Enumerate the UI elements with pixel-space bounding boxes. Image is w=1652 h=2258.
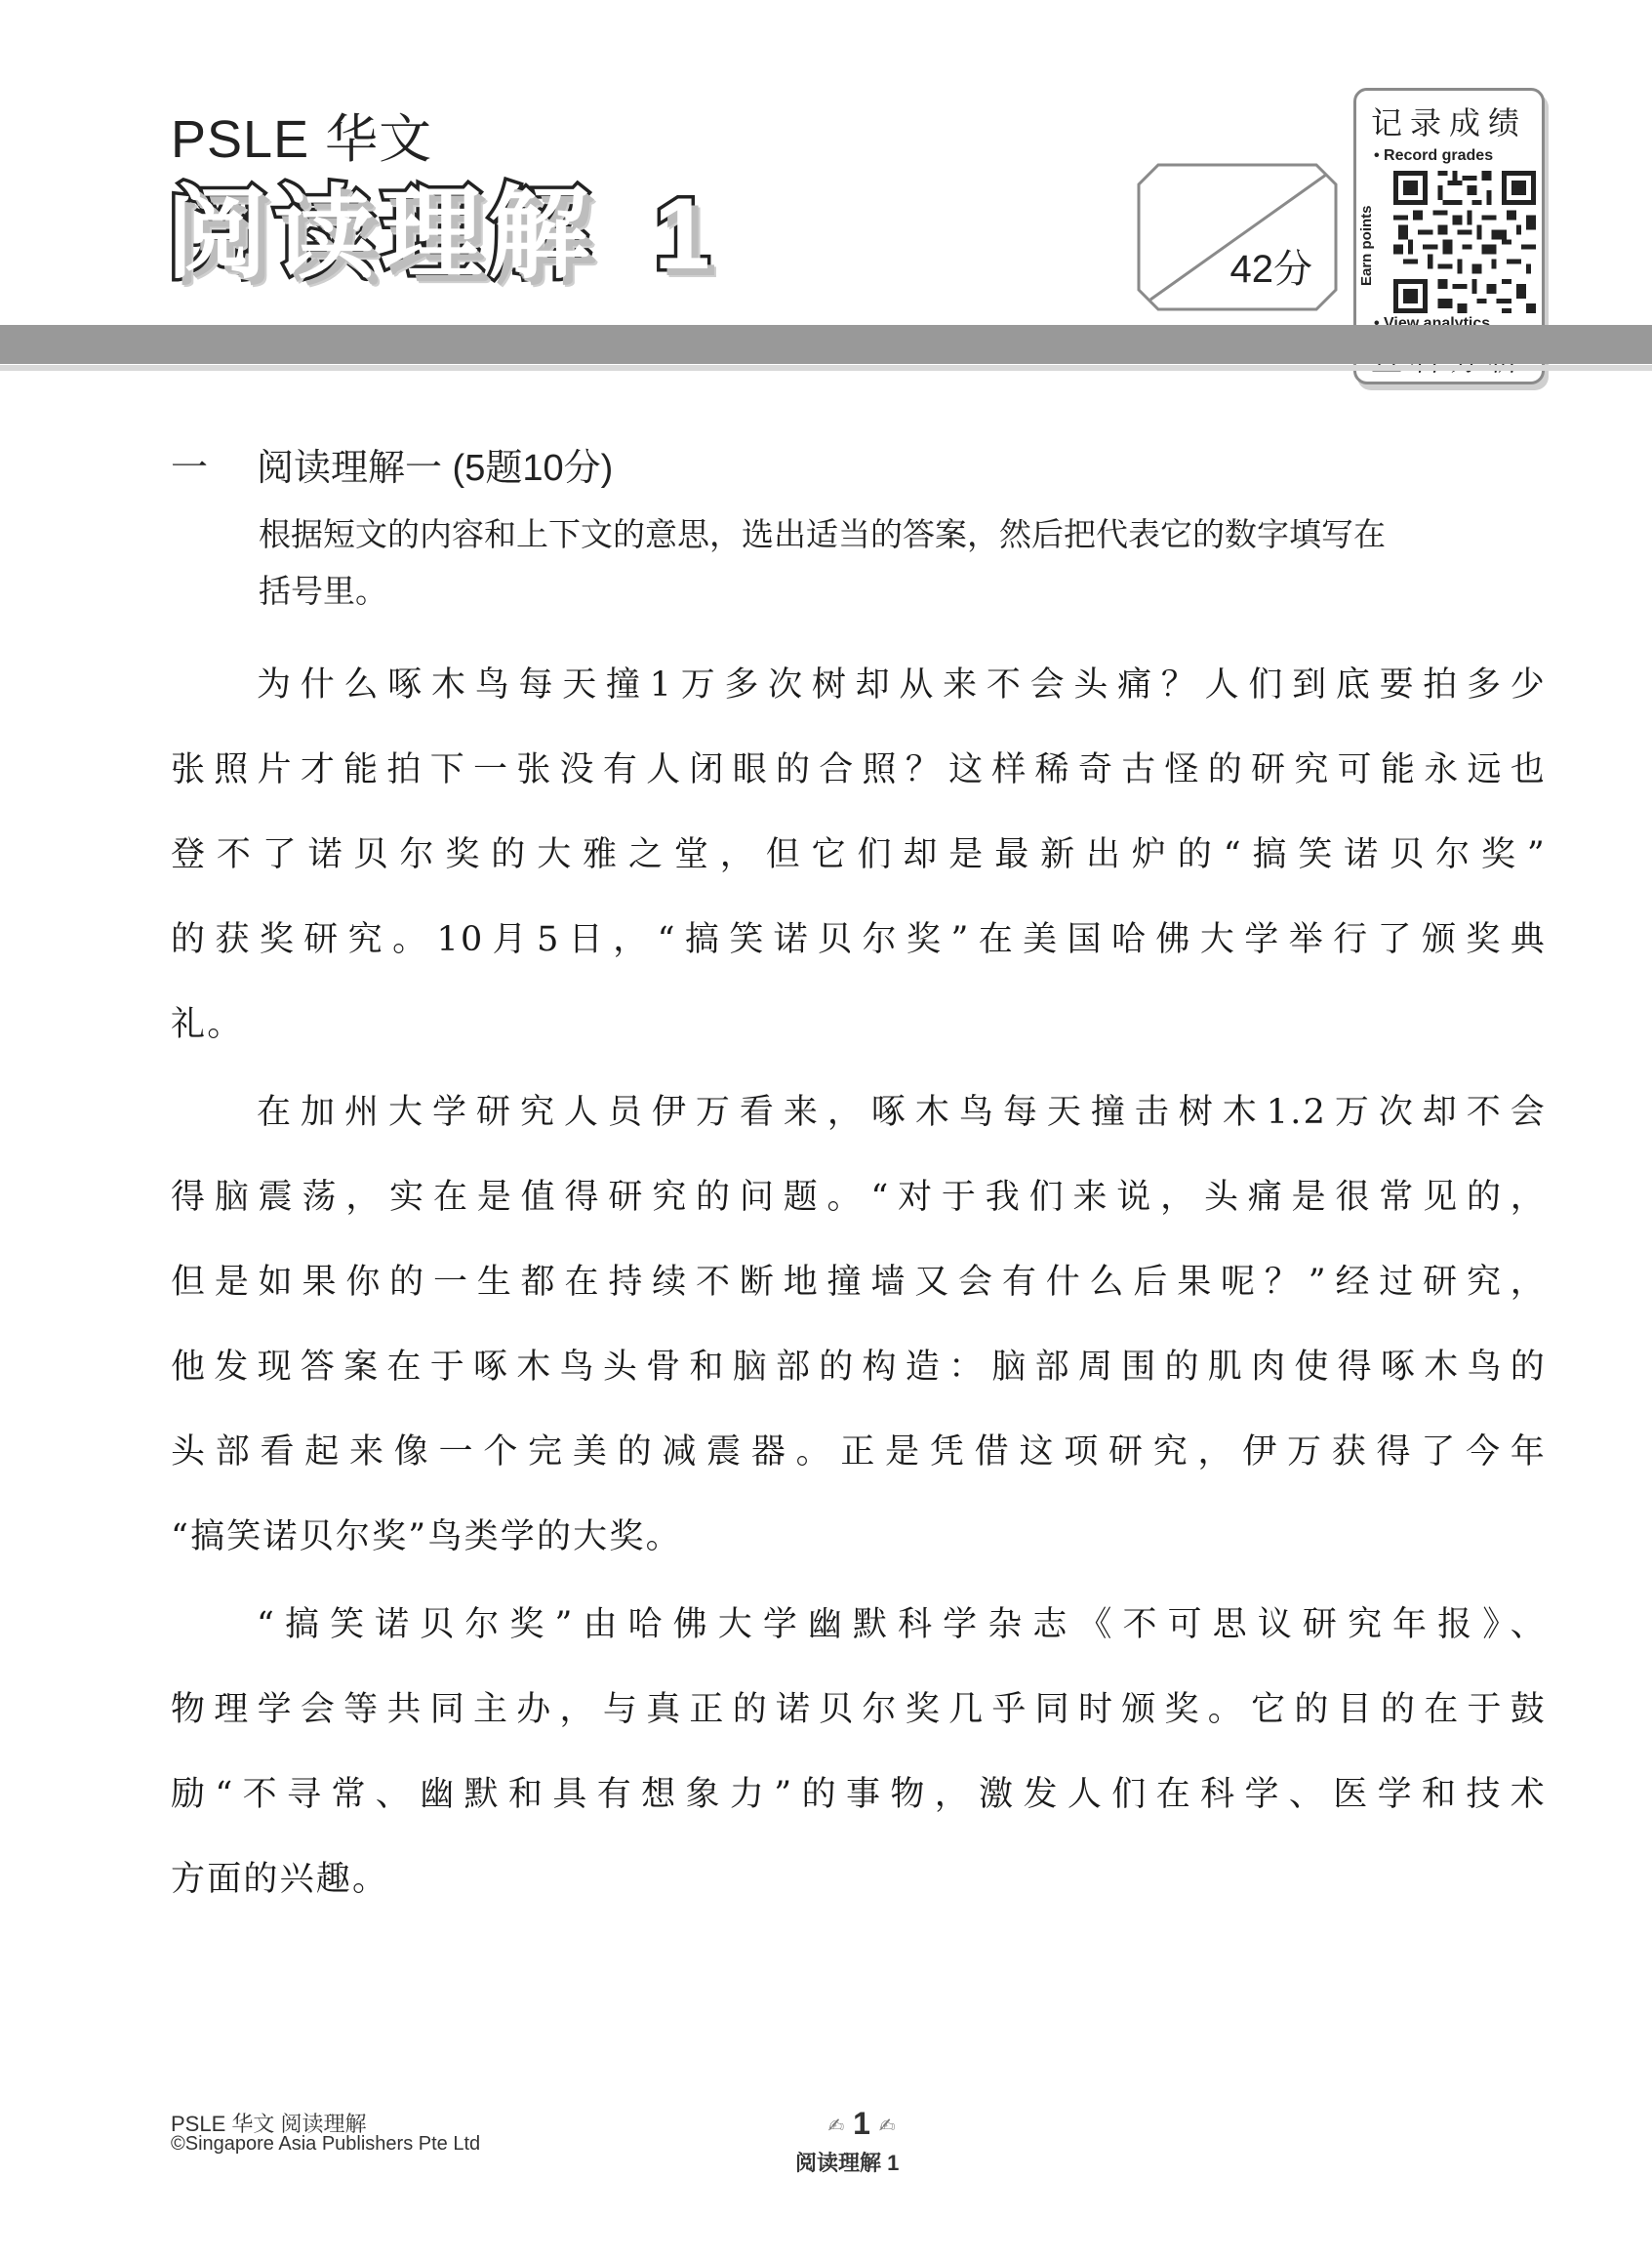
passage-line: “搞笑诺贝尔奖”由哈佛大学幽默科学杂志《不可思议研究年报》、 — [257, 1608, 1547, 1642]
qr-earn-points: Earn points — [1358, 205, 1375, 286]
qr-record-grades-zh: 记录成绩 — [1356, 99, 1542, 143]
passage-line: 他发现答案在于啄木鸟头骨和脑部的构造：脑部周围的肌肉使得啄木鸟的 — [171, 1351, 1547, 1385]
footer-chapter-label: 阅读理解 1 — [795, 2147, 899, 2177]
footer-copyright: ©Singapore Asia Publishers Pte Ltd — [171, 2133, 480, 2156]
passage-line: 的获奖研究。10月5日，“搞笑诺贝尔奖”在美国哈佛大学举行了颁奖典 — [171, 923, 1547, 957]
passage-line: “搞笑诺贝尔奖”鸟类学的大奖。 — [171, 1520, 1547, 1554]
footer-page-number: ✍ 1 ✍ — [808, 2106, 915, 2142]
writing-hand-icon: ✍ — [879, 2116, 896, 2137]
passage-line: 头部看起来像一个完美的减震器。正是凭借这项研究，伊万获得了今年 — [171, 1435, 1547, 1470]
page-title: 阅读理解1 — [166, 183, 716, 285]
section-number: 一 — [171, 437, 257, 491]
passage-line: 得脑震荡，实在是值得研究的问题。“对于我们来说，头痛是很常见的， — [171, 1181, 1547, 1215]
page-number: 1 — [853, 2106, 870, 2141]
instruction-line: 括号里。 — [259, 566, 387, 612]
series-title: PSLE 华文 — [171, 98, 432, 173]
passage-line: 为什么啄木鸟每天撞1万多次树却从来不会头痛？人们到底要拍多少 — [257, 668, 1547, 703]
passage-line: 张照片才能拍下一张没有人闭眼的合照？这样稀奇古怪的研究可能永远也 — [171, 753, 1547, 787]
passage-line: 在加州大学研究人员伊万看来，啄木鸟每天撞击树木1.2万次却不会 — [257, 1096, 1547, 1130]
passage-line: 方面的兴趣。 — [171, 1863, 1547, 1897]
score-box: 42分 — [1137, 163, 1338, 311]
header-band-underline — [0, 365, 1652, 371]
passage-line: 礼。 — [171, 1008, 1547, 1042]
instruction-line: 根据短文的内容和上下文的意思，选出适当的答案，然后把代表它的数字填写在 — [259, 509, 1386, 555]
passage-line: 物理学会等共同主办，与真正的诺贝尔奖几乎同时颁奖。它的目的在于鼓 — [171, 1693, 1547, 1727]
page-title-text: 阅读理解 — [166, 178, 595, 291]
passage-line: 励“不寻常、幽默和具有想象力”的事物，激发人们在科学、医学和技术 — [171, 1778, 1547, 1812]
passage-line: 但是如果你的一生都在持续不断地撞墙又会有什么后果呢？”经过研究， — [171, 1266, 1547, 1300]
section-heading: 一阅读理解一 (5题10分) — [171, 437, 613, 491]
writing-hand-icon: ✍ — [827, 2116, 844, 2137]
header-band — [0, 325, 1652, 364]
page-title-number: 1 — [654, 178, 716, 291]
qr-record-grades-en: • Record grades — [1374, 147, 1493, 165]
passage-line: 登不了诺贝尔奖的大雅之堂，但它们却是最新出炉的“搞笑诺贝尔奖” — [171, 838, 1547, 872]
score-total: 42分 — [1230, 238, 1313, 294]
qr-code-icon[interactable] — [1393, 171, 1536, 313]
section-title: 阅读理解一 (5题10分) — [257, 448, 613, 489]
